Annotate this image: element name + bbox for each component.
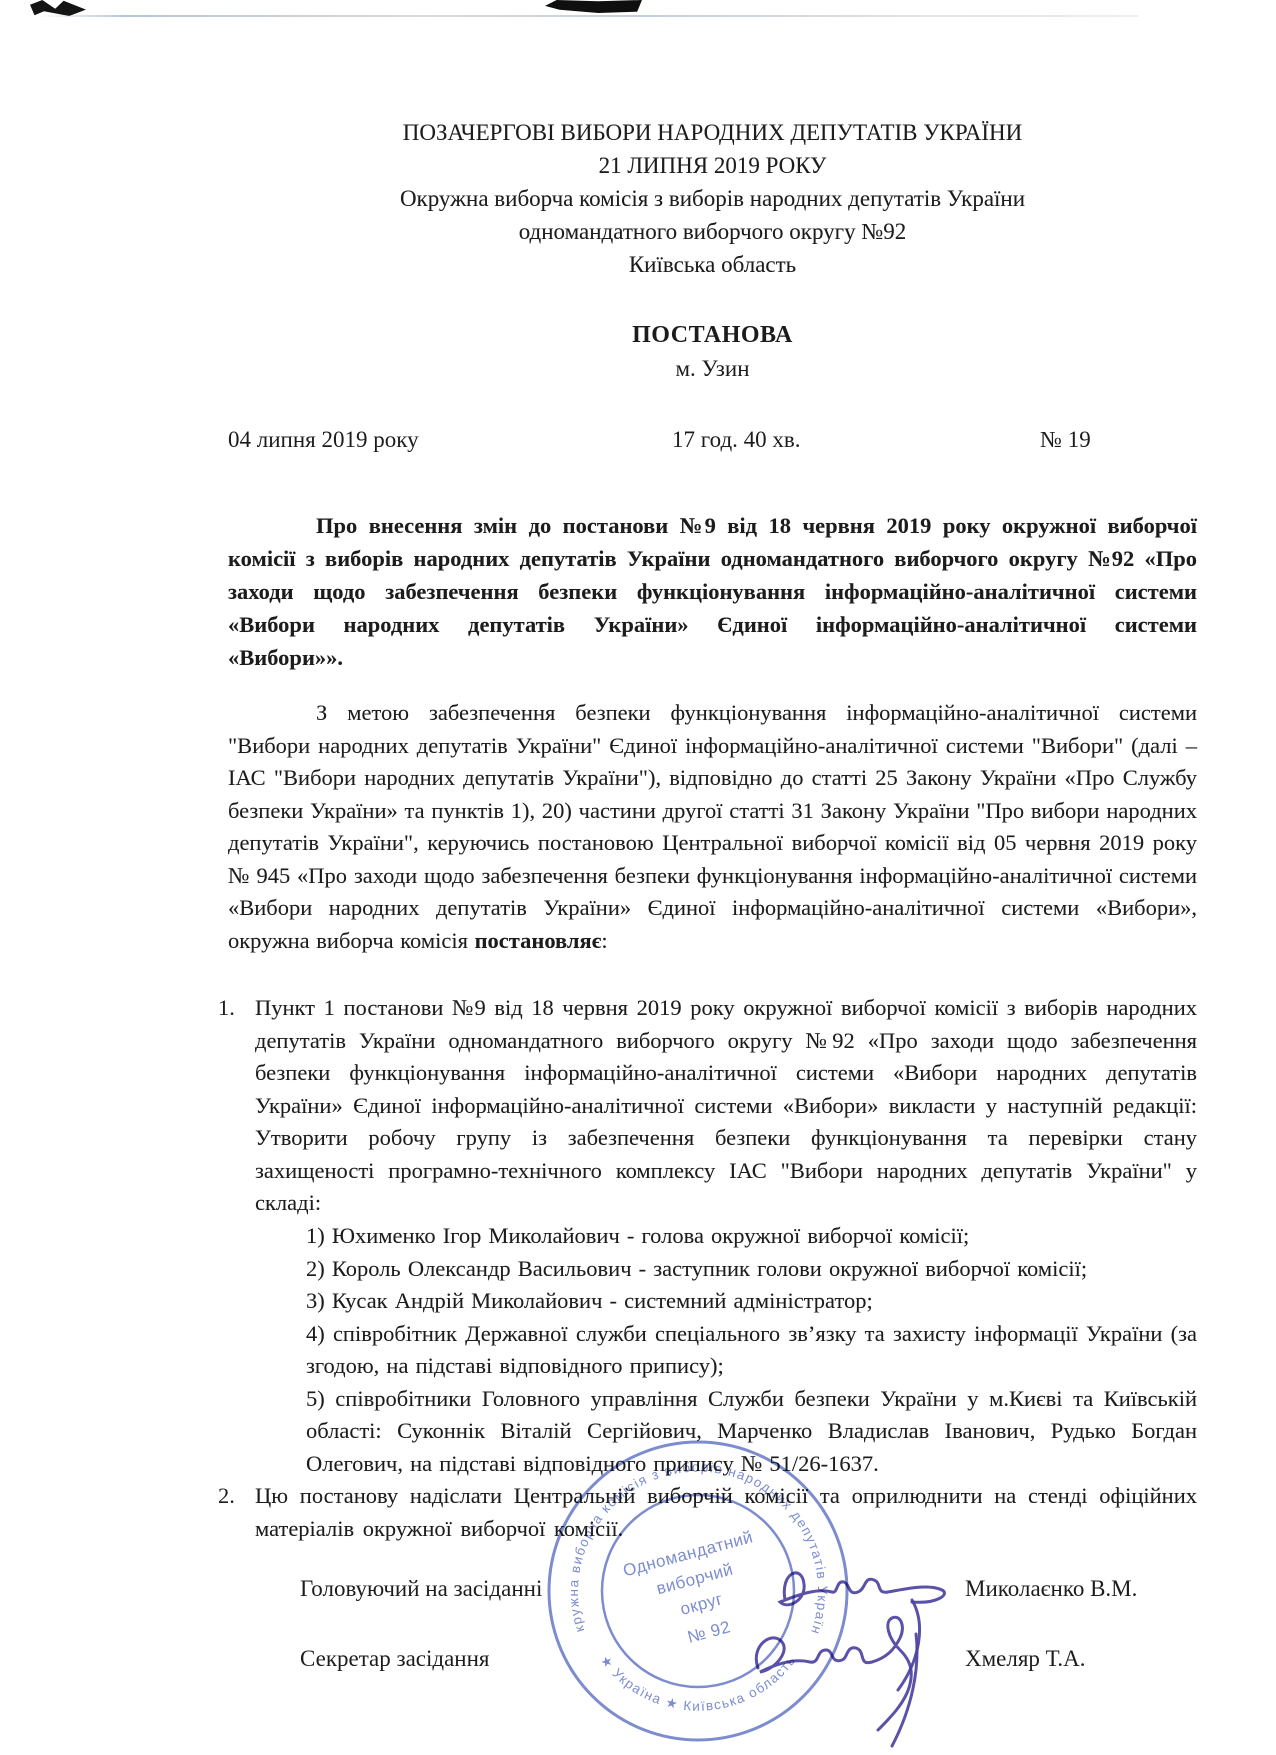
document-place: м. Узин	[228, 356, 1197, 382]
document-page: ПОЗАЧЕРГОВІ ВИБОРИ НАРОДНИХ ДЕПУТАТІВ УК…	[0, 0, 1276, 1755]
signature-name-secretary: Хмеляр Т.А.	[965, 1646, 1086, 1672]
list-item-deputy: 2) Король Олександр Васильович - заступн…	[306, 1253, 1197, 1286]
meta-number: № 19	[1040, 427, 1091, 453]
scan-artifact-top-left	[30, 0, 86, 16]
scan-artifact-top-center	[545, 0, 642, 13]
header-line-election: ПОЗАЧЕРГОВІ ВИБОРИ НАРОДНИХ ДЕПУТАТІВ УК…	[228, 116, 1197, 149]
svg-text:округ: округ	[678, 1589, 725, 1619]
meta-row: 04 липня 2019 року 17 год. 40 хв. № 19	[228, 427, 1197, 459]
signature-name-chair: Миколаєнко В.М.	[965, 1576, 1137, 1602]
preamble-text: З метою забезпечення безпеки функціонува…	[228, 700, 1197, 953]
preamble-paragraph: З метою забезпечення безпеки функціонува…	[228, 697, 1197, 957]
item1-text: Пункт 1 постанови №9 від 18 червня 2019 …	[255, 992, 1197, 1220]
header-line-date: 21 ЛИПНЯ 2019 РОКУ	[228, 149, 1197, 182]
header-line-commission: Окружна виборча комісія з виборів народн…	[228, 182, 1197, 215]
document-title: ПОСТАНОВА	[228, 322, 1197, 349]
handwritten-signatures	[730, 1538, 970, 1755]
svg-text:№ 92: № 92	[685, 1617, 732, 1647]
header-line-region: Київська область	[228, 248, 1197, 281]
document-header: ПОЗАЧЕРГОВІ ВИБОРИ НАРОДНИХ ДЕПУТАТІВ УК…	[228, 116, 1197, 281]
preamble-bold-word: постановляє	[475, 928, 602, 953]
scan-line-artifact	[38, 15, 1138, 17]
header-line-district: одномандатного виборчого округу №92	[228, 215, 1197, 248]
list-item-sysadmin: 3) Кусак Андрій Миколайович - системний …	[306, 1285, 1197, 1318]
preamble-colon: :	[601, 928, 607, 953]
list-item-head: 1) Юхименко Ігор Миколайович - голова ок…	[306, 1220, 1197, 1253]
meta-time: 17 год. 40 хв.	[672, 427, 801, 453]
secretary-signature-stroke	[756, 1617, 911, 1730]
signature-role-secretary: Секретар засідання	[300, 1646, 490, 1672]
meta-date: 04 липня 2019 року	[228, 427, 419, 453]
chair-signature-stroke	[780, 1573, 944, 1605]
list-item-sszzi: 4) співробітник Державної служби спеціал…	[306, 1318, 1197, 1383]
item1-number: 1.	[218, 992, 235, 1025]
item2-number: 2.	[218, 1480, 235, 1513]
secretary-signature-tail	[892, 1634, 917, 1746]
signature-role-chair: Головуючий на засіданні	[300, 1576, 542, 1602]
subject-paragraph: Про внесення змін до постанови №9 від 18…	[228, 509, 1197, 674]
